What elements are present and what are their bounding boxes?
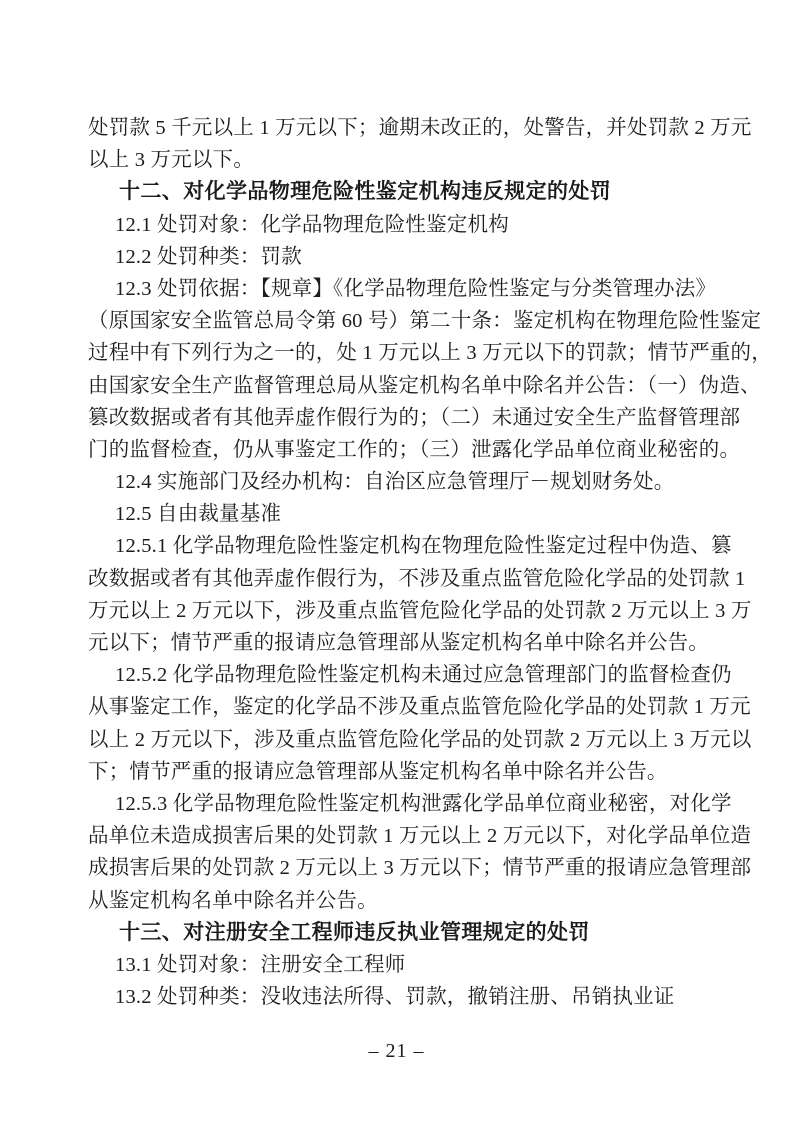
text-line: 以上 2 万元以下，涉及重点监管危险化学品的处罚款 2 万元以上 3 万元以 bbox=[88, 724, 708, 756]
text-line: 12.5 自由裁量基准 bbox=[88, 498, 708, 530]
text-line: 万元以上 2 万元以下，涉及重点监管危险化学品的处罚款 2 万元以上 3 万 bbox=[88, 595, 708, 627]
text-line: 12.5.3 化学品物理危险性鉴定机构泄露化学品单位商业秘密，对化学 bbox=[88, 788, 708, 820]
text-line: 13.2 处罚种类：没收违法所得、罚款，撤销注册、吊销执业证 bbox=[88, 981, 708, 1013]
text-line: 以上 3 万元以下。 bbox=[88, 144, 708, 176]
text-line: 处罚款 5 千元以上 1 万元以下；逾期未改正的，处警告，并处罚款 2 万元 bbox=[88, 112, 708, 144]
text-line: 品单位未造成损害后果的处罚款 1 万元以上 2 万元以下，对化学品单位造 bbox=[88, 820, 708, 852]
text-line: 改数据或者有其他弄虚作假行为，不涉及重点监管危险化学品的处罚款 1 bbox=[88, 563, 708, 595]
text-line: 门的监督检查，仍从事鉴定工作的；（三）泄露化学品单位商业秘密的。 bbox=[88, 434, 708, 466]
text-line: 12.1 处罚对象：化学品物理危险性鉴定机构 bbox=[88, 209, 708, 241]
text-line: 12.5.1 化学品物理危险性鉴定机构在物理危险性鉴定过程中伪造、篡 bbox=[88, 530, 708, 562]
text-line: 13.1 处罚对象：注册安全工程师 bbox=[88, 949, 708, 981]
text-line: 篡改数据或者有其他弄虚作假行为的；（二）未通过安全生产监督管理部 bbox=[88, 402, 708, 434]
text-line: 12.4 实施部门及经办机构：自治区应急管理厅－规划财务处。 bbox=[88, 466, 708, 498]
text-line: 成损害后果的处罚款 2 万元以上 3 万元以下；情节严重的报请应急管理部 bbox=[88, 852, 708, 884]
section-heading: 十三、对注册安全工程师违反执业管理规定的处罚 bbox=[88, 917, 708, 949]
text-line: （原国家安全监管总局令第 60 号）第二十条：鉴定机构在物理危险性鉴定 bbox=[88, 305, 708, 337]
text-line: 元以下；情节严重的报请应急管理部从鉴定机构名单中除名并公告。 bbox=[88, 627, 708, 659]
text-line: 过程中有下列行为之一的，处 1 万元以上 3 万元以下的罚款；情节严重的， bbox=[88, 337, 708, 369]
text-line: 从鉴定机构名单中除名并公告。 bbox=[88, 885, 708, 917]
text-line: 12.2 处罚种类：罚款 bbox=[88, 241, 708, 273]
text-line: 12.5.2 化学品物理危险性鉴定机构未通过应急管理部门的监督检查仍 bbox=[88, 659, 708, 691]
text-line: 12.3 处罚依据：【规章】《化学品物理危险性鉴定与分类管理办法》 bbox=[88, 273, 708, 305]
document-body: 处罚款 5 千元以上 1 万元以下；逾期未改正的，处警告，并处罚款 2 万元以上… bbox=[88, 112, 708, 1013]
page-number: – 21 – bbox=[0, 1040, 793, 1063]
document-page: 处罚款 5 千元以上 1 万元以下；逾期未改正的，处警告，并处罚款 2 万元以上… bbox=[0, 0, 793, 1122]
text-line: 从事鉴定工作，鉴定的化学品不涉及重点监管危险化学品的处罚款 1 万元 bbox=[88, 691, 708, 723]
text-line: 由国家安全生产监督管理总局从鉴定机构名单中除名并公告：（一）伪造、 bbox=[88, 370, 708, 402]
text-line: 下；情节严重的报请应急管理部从鉴定机构名单中除名并公告。 bbox=[88, 756, 708, 788]
section-heading: 十二、对化学品物理危险性鉴定机构违反规定的处罚 bbox=[88, 176, 708, 208]
